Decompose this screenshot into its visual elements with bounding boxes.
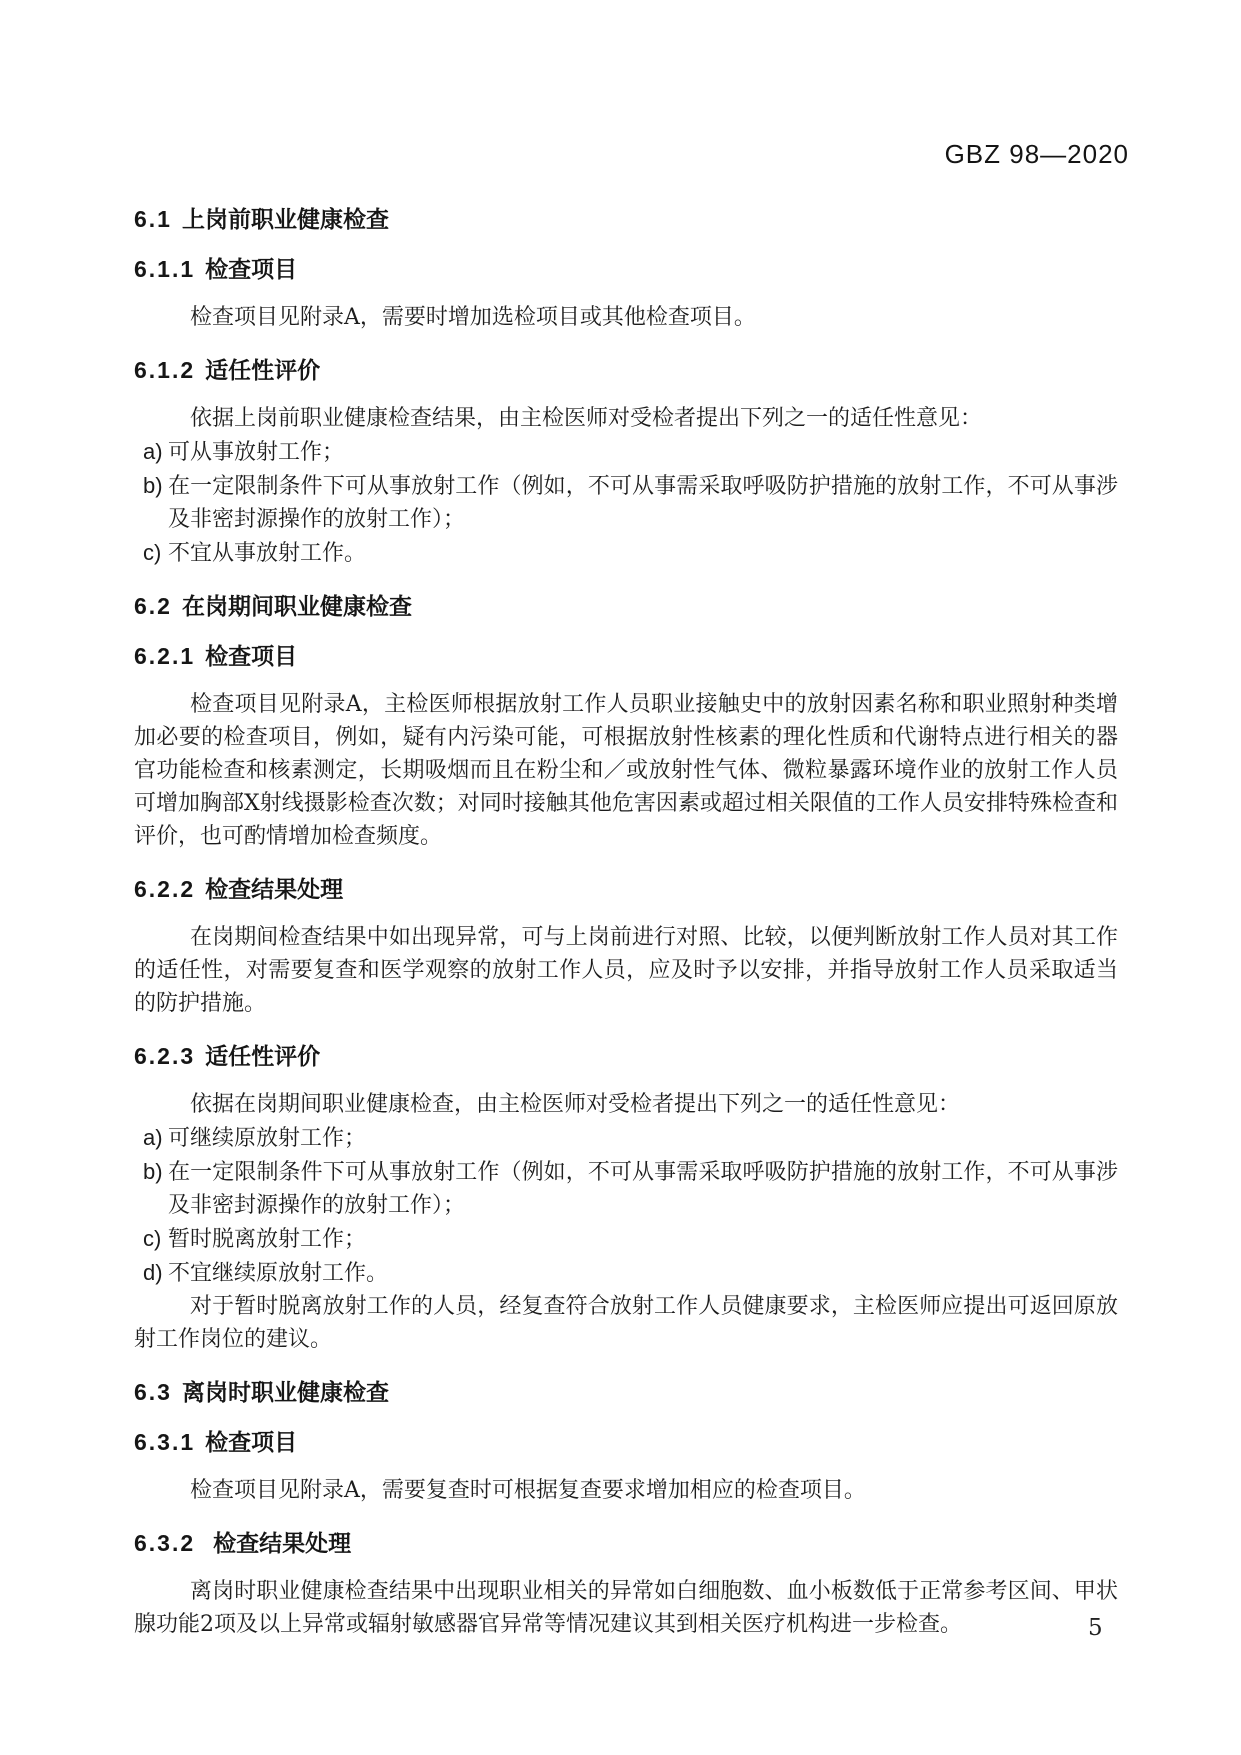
subsection-heading-6-3-2: 6.3.2检查结果处理 (134, 1529, 1118, 1557)
section-number: 6.2.3 (134, 1043, 195, 1069)
section-title: 检查项目 (205, 256, 297, 282)
paragraph: 离岗时职业健康检查结果中出现职业相关的异常如白细胞数、血小板数低于正常参考区间、… (134, 1575, 1118, 1641)
section-number: 6.1.2 (134, 357, 195, 383)
section-number: 6.2.1 (134, 643, 195, 669)
list-item-a: a)可继续原放射工作； (168, 1121, 1118, 1155)
standard-code: GBZ 98—2020 (945, 139, 1129, 170)
section-number: 6.3.2 (134, 1530, 195, 1556)
section-number: 6.1.1 (134, 256, 195, 282)
list-item-label: c) (143, 1222, 168, 1255)
list-item-d: d)不宜继续原放射工作。 (168, 1256, 1118, 1290)
section-number: 6.2.2 (134, 876, 195, 902)
subsection-heading-6-1-2: 6.1.2适任性评价 (134, 356, 1118, 384)
list-item-text: 不宜继续原放射工作。 (168, 1261, 388, 1286)
paragraph: 依据上岗前职业健康检查结果，由主检医师对受检者提出下列之一的适任性意见： (134, 402, 1118, 435)
list-item-c: c)暂时脱离放射工作； (168, 1222, 1118, 1256)
section-heading-6-2: 6.2在岗期间职业健康检查 (134, 592, 1118, 620)
paragraph: 检查项目见附录A，需要时增加选检项目或其他检查项目。 (134, 301, 1118, 334)
subsection-heading-6-2-2: 6.2.2检查结果处理 (134, 875, 1118, 903)
list-item-label: c) (143, 536, 168, 569)
list-item-text: 暂时脱离放射工作； (168, 1227, 366, 1252)
section-number: 6.2 (134, 593, 172, 619)
section-heading-6-3: 6.3离岗时职业健康检查 (134, 1378, 1118, 1406)
list-item-b: b)在一定限制条件下可从事放射工作（例如，不可从事需采取呼吸防护措施的放射工作，… (168, 469, 1118, 536)
list-item-text: 在一定限制条件下可从事放射工作（例如，不可从事需采取呼吸防护措施的放射工作，不可… (168, 474, 1118, 532)
section-number: 6.1 (134, 206, 172, 232)
list-item-b: b)在一定限制条件下可从事放射工作（例如，不可从事需采取呼吸防护措施的放射工作，… (168, 1155, 1118, 1222)
paragraph: 检查项目见附录A，主检医师根据放射工作人员职业接触史中的放射因素名称和职业照射种… (134, 688, 1118, 853)
section-heading-6-1: 6.1上岗前职业健康检查 (134, 205, 1118, 233)
paragraph: 依据在岗期间职业健康检查，由主检医师对受检者提出下列之一的适任性意见： (134, 1088, 1118, 1121)
section-title: 适任性评价 (205, 357, 320, 383)
list-item-a: a)可从事放射工作； (168, 435, 1118, 469)
section-title: 检查项目 (205, 1429, 297, 1455)
section-title: 在岗期间职业健康检查 (182, 593, 412, 619)
section-title: 检查结果处理 (213, 1530, 351, 1556)
section-title: 适任性评价 (205, 1043, 320, 1069)
paragraph: 对于暂时脱离放射工作的人员，经复查符合放射工作人员健康要求，主检医师应提出可返回… (134, 1290, 1118, 1356)
section-number: 6.3 (134, 1379, 172, 1405)
subsection-heading-6-1-1: 6.1.1检查项目 (134, 255, 1118, 283)
section-number: 6.3.1 (134, 1429, 195, 1455)
list-item-label: a) (143, 435, 168, 468)
section-title: 检查项目 (205, 643, 297, 669)
document-body: 6.1上岗前职业健康检查 6.1.1检查项目 检查项目见附录A，需要时增加选检项… (134, 205, 1118, 1641)
document-page: GBZ 98—2020 6.1上岗前职业健康检查 6.1.1检查项目 检查项目见… (0, 0, 1241, 1755)
paragraph: 检查项目见附录A，需要复查时可根据复查要求增加相应的检查项目。 (134, 1474, 1118, 1507)
subsection-heading-6-2-1: 6.2.1检查项目 (134, 642, 1118, 670)
section-title: 检查结果处理 (205, 876, 343, 902)
list-item-c: c)不宜从事放射工作。 (168, 536, 1118, 570)
section-title: 离岗时职业健康检查 (182, 1379, 389, 1405)
page-number: 5 (1088, 1615, 1103, 1641)
paragraph: 在岗期间检查结果中如出现异常，可与上岗前进行对照、比较，以便判断放射工作人员对其… (134, 921, 1118, 1020)
list-item-text: 不宜从事放射工作。 (168, 541, 366, 566)
list-item-label: b) (143, 469, 168, 502)
list-item-label: a) (143, 1121, 168, 1154)
list-item-text: 可从事放射工作； (168, 440, 344, 465)
subsection-heading-6-2-3: 6.2.3适任性评价 (134, 1042, 1118, 1070)
section-title: 上岗前职业健康检查 (182, 206, 389, 232)
list-item-label: d) (143, 1256, 168, 1289)
list-item-text: 在一定限制条件下可从事放射工作（例如，不可从事需采取呼吸防护措施的放射工作，不可… (168, 1160, 1118, 1218)
subsection-heading-6-3-1: 6.3.1检查项目 (134, 1428, 1118, 1456)
list-item-label: b) (143, 1155, 168, 1188)
list-item-text: 可继续原放射工作； (168, 1126, 366, 1151)
